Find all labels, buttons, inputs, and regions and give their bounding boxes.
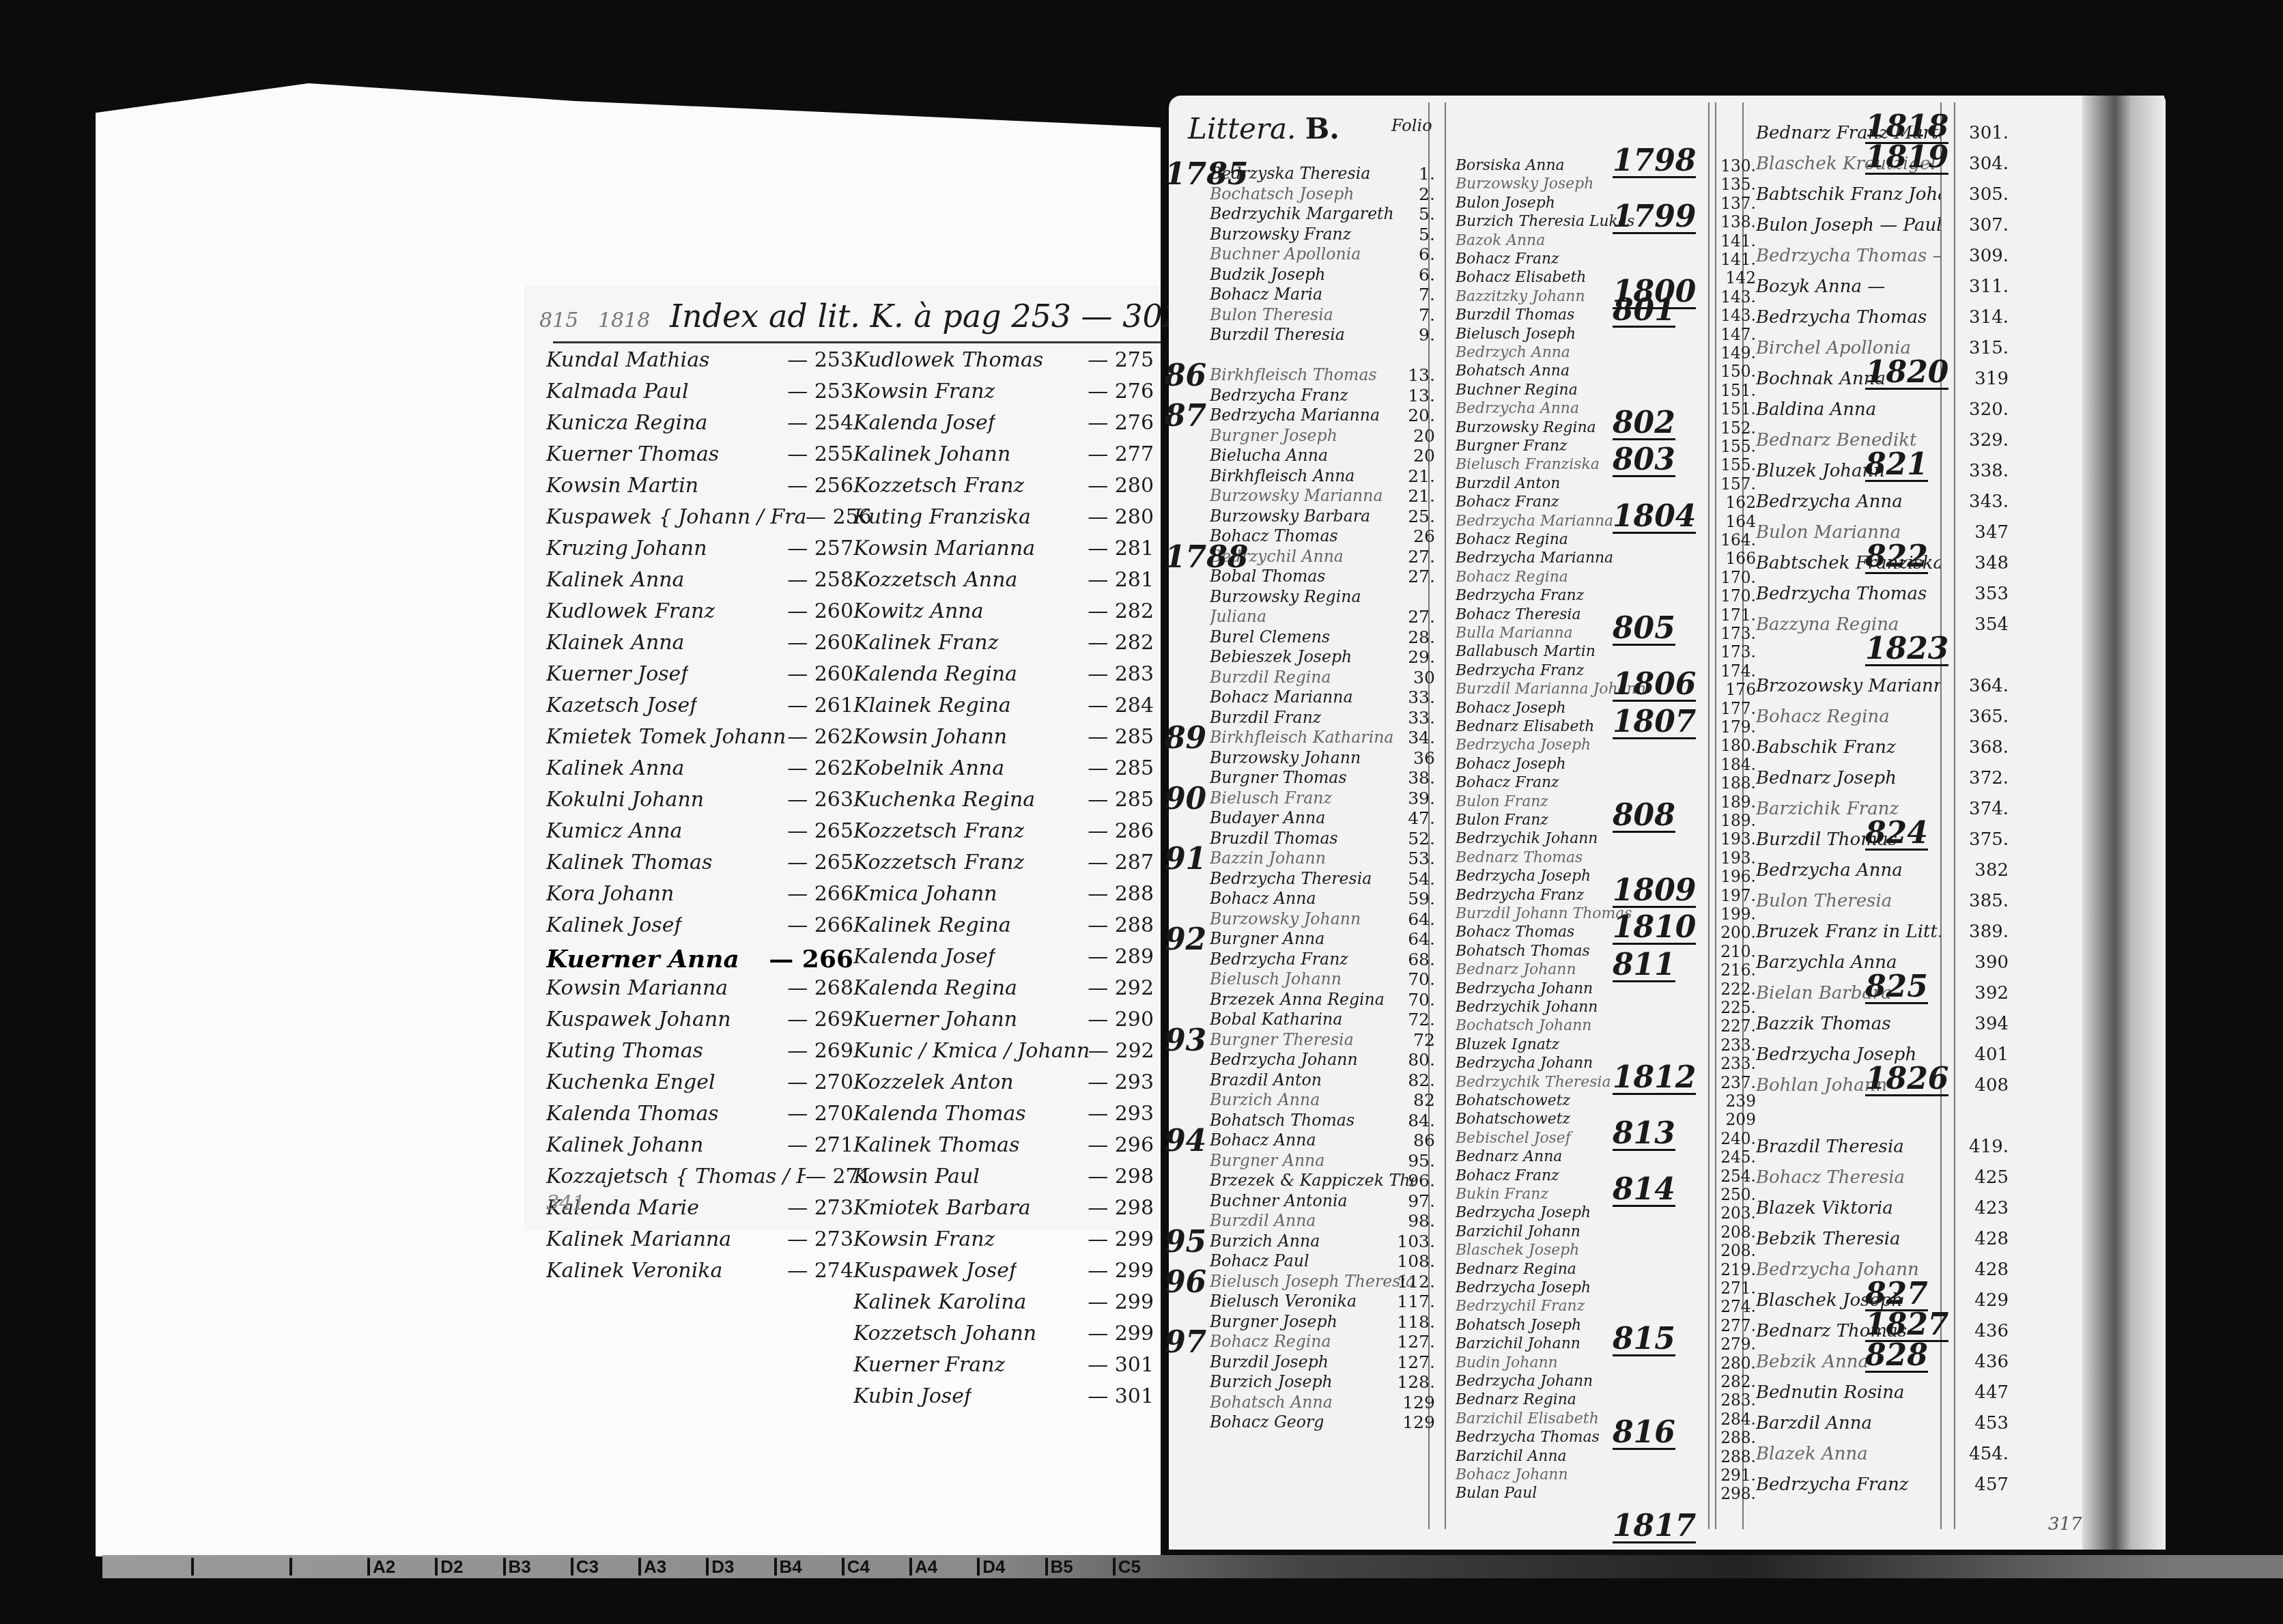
register-entry-folio: 149.: [1715, 344, 1756, 362]
year-marker: 803: [1613, 445, 1675, 477]
register-entry-name: Bednutin Rosina: [1756, 1382, 1940, 1403]
entry-page: — 284: [1088, 694, 1154, 717]
register-entry-folio: 288.: [1715, 1448, 1756, 1466]
register-entry-folio: 320.: [1954, 399, 2009, 420]
register-entry-folio: 118.: [1394, 1312, 1435, 1332]
index-entry: Kozzetsch Franz— 287: [853, 851, 1154, 882]
entry-name: Kowsin Franz: [853, 380, 995, 403]
index-entry: Kalinek Johann— 271: [546, 1133, 853, 1165]
entry-page: — 265: [787, 819, 853, 843]
index-entry: Kuchenka Engel— 270: [546, 1070, 853, 1102]
register-entry-folio: 170.: [1715, 587, 1756, 606]
register-entry-folio: 189.: [1715, 812, 1756, 830]
register-entry-folio: 180.: [1715, 737, 1756, 755]
entry-name: Kmietek Tomek Johann: [546, 725, 786, 749]
register-entry-folio: 170.: [1715, 569, 1756, 587]
register-entry-folio: 254.: [1715, 1167, 1756, 1186]
register-entry-folio: 394: [1954, 1014, 2009, 1034]
entry-page: — 299: [1088, 1259, 1154, 1283]
index-entry: Kubin Josef— 301: [853, 1384, 1154, 1416]
year-marker: 1809: [1613, 876, 1696, 908]
register-entry-folio: 447: [1954, 1382, 2009, 1403]
register-entry-folio: 59.: [1394, 889, 1435, 909]
register-entry-folio: 70.: [1394, 969, 1435, 989]
register-entry-folio: 188.: [1715, 774, 1756, 793]
year-marker: 805: [1613, 614, 1675, 646]
register-entry-folio: 82: [1394, 1090, 1435, 1110]
column-divider: [1445, 102, 1446, 1529]
register-entry-folio: 177.: [1715, 700, 1756, 718]
entry-name: Klainek Anna: [546, 631, 684, 655]
entry-page: — 261: [787, 694, 853, 717]
register-entry-name: Bohacz Franz: [1456, 774, 1688, 791]
entry-name: Kuspawek Josef: [853, 1259, 1017, 1283]
index-entry: Kalinek Josef— 266: [546, 913, 853, 945]
entry-page: — 274: [787, 1259, 853, 1283]
register-entry-name: Bedrzychik Johann: [1456, 999, 1688, 1016]
register-entry-folio: 28.: [1394, 627, 1435, 647]
register-entry-name: Burgner Joseph: [1210, 426, 1415, 445]
year-marker: 1810: [1613, 913, 1696, 945]
register-entry-folio: 368.: [1954, 737, 2009, 758]
index-entry: Kuerner Anna— 266: [546, 945, 853, 976]
page-title: Littera. B.: [1188, 112, 1339, 145]
year-marker: 828: [1865, 1341, 1928, 1373]
register-entry-name: Bielusch Joseph Theresia: [1210, 1272, 1415, 1291]
register-entry-name: Burzich Anna: [1210, 1231, 1415, 1251]
entry-page: — 269: [787, 1039, 853, 1063]
entry-name: Kuerner Thomas: [546, 442, 719, 466]
register-entry-folio: 27.: [1394, 567, 1435, 586]
entry-page: — 285: [1088, 788, 1154, 812]
index-entry: Kozzetsch Franz— 280: [853, 474, 1154, 505]
color-target-strip: A2D2B3C3A3D3B4C4A4D4B5C5: [102, 1555, 2283, 1578]
register-entry-name: Burzowsky Marianna: [1210, 486, 1415, 505]
index-slip: 815 1818 Index ad lit. K. à pag 253 — 30…: [526, 287, 1161, 1229]
year-marker: 825: [1865, 972, 1928, 1004]
register-entry-folio: 25.: [1394, 507, 1435, 526]
register-entry-folio: 208.: [1715, 1223, 1756, 1242]
year-marker: 1798: [1613, 146, 1696, 178]
entry-page: — 282: [1088, 599, 1154, 623]
register-entry-name: Babtschik Franz Johann: [1756, 184, 1940, 205]
year-marker: 1806: [1613, 670, 1696, 702]
year-marker: 808: [1613, 801, 1675, 833]
index-entry: Kudlowek Franz— 260: [546, 599, 853, 631]
register-entry-folio: 5.: [1394, 225, 1435, 244]
strip-tick: [191, 1558, 194, 1576]
entry-name: Kuting Thomas: [546, 1039, 703, 1063]
register-entry-folio: 222.: [1715, 980, 1756, 999]
entry-page: — 293: [1088, 1070, 1154, 1094]
register-entry-folio: 436: [1954, 1352, 2009, 1372]
index-entry: Kokulni Johann— 263: [546, 788, 853, 819]
register-entry-name: Bedrzycha Johann: [1456, 1373, 1688, 1390]
index-entry: Kmica Johann— 288: [853, 882, 1154, 913]
entry-name: Kozzetsch Johann: [853, 1322, 1036, 1345]
entry-name: Kozzetsch Anna: [853, 568, 1017, 592]
register-entry-folio: 27.: [1394, 607, 1435, 627]
register-entry-folio: 189.: [1715, 793, 1756, 812]
year-marker: 1823: [1865, 634, 1948, 666]
register-entry-folio: 279.: [1715, 1335, 1756, 1354]
entry-page: — 280: [1088, 505, 1154, 529]
register-entry-folio: 301.: [1954, 123, 2009, 143]
year-marker: 813: [1613, 1119, 1675, 1151]
register-entry-folio: 176: [1715, 681, 1756, 699]
register-entry-folio: 53.: [1394, 849, 1435, 868]
register-entry-folio: 33.: [1394, 687, 1435, 707]
register-entry-name: Bednarz Regina: [1456, 1391, 1688, 1408]
index-entry: Kozzelek Anton— 293: [853, 1070, 1154, 1102]
entry-page: — 271: [787, 1133, 853, 1157]
register-entry-folio: 142: [1715, 269, 1756, 287]
index-entry: Kuspawek Josef— 299: [853, 1259, 1154, 1290]
register-entry-folio: 129: [1394, 1412, 1435, 1432]
register-entry-folio: 70.: [1394, 990, 1435, 1010]
register-entry-folio: 428: [1954, 1229, 2009, 1249]
register-entry-name: Budayer Anna: [1210, 808, 1415, 827]
register-entry-folio: 354: [1954, 614, 2009, 635]
index-entry: Kalenda Regina— 283: [853, 662, 1154, 694]
register-entry-folio: 117.: [1394, 1292, 1435, 1311]
register-entry-name: Bedrzycha Franz: [1210, 950, 1415, 969]
year-marker: 815: [1613, 1324, 1675, 1356]
register-entry-name: Burzdil Theresia: [1210, 325, 1415, 344]
entry-name: Kuerner Johann: [853, 1008, 1017, 1031]
register-entry-name: Bulon Theresia: [1210, 305, 1415, 324]
entry-name: Kuchenka Engel: [546, 1070, 715, 1094]
register-entry-folio: 20.: [1394, 405, 1435, 425]
register-entry-folio: 419.: [1954, 1137, 2009, 1157]
register-entry-folio: 453: [1954, 1413, 2009, 1434]
entry-page: — 271: [806, 1165, 853, 1188]
register-entry-name: Ballabusch Martin: [1456, 643, 1688, 660]
register-entry-name: Bedrzycha Franz: [1756, 1475, 1940, 1495]
register-entry-name: Budzik Joseph: [1210, 265, 1415, 284]
entry-name: Kozzelek Anton: [853, 1070, 1014, 1094]
entry-page: — 290: [1088, 1008, 1154, 1031]
entry-name: Kumicz Anna: [546, 819, 682, 843]
register-entry-folio: 30: [1394, 668, 1435, 687]
register-entry-folio: 86: [1394, 1130, 1435, 1150]
register-entry-folio: 157.: [1715, 475, 1756, 494]
register-entry-name: Bohacz Joseph: [1456, 756, 1688, 773]
register-entry-name: Bedrzycha Joseph: [1456, 1279, 1688, 1296]
entry-name: Kowsin Marianna: [853, 537, 1035, 560]
entry-page: — 287: [1088, 851, 1154, 874]
register-entry-folio: 372.: [1954, 768, 2009, 788]
register-entry-name: Brzezek & Kappiczek Thomas: [1210, 1171, 1415, 1190]
index-entry: Kowsin Johann— 285: [853, 725, 1154, 756]
register-entry-folio: 454.: [1954, 1444, 2009, 1464]
register-entry-folio: 1.: [1394, 164, 1435, 184]
register-entry-folio: 137.: [1715, 195, 1756, 213]
register-entry-folio: 143.: [1715, 307, 1756, 325]
entry-name: Kokulni Johann: [546, 788, 704, 812]
register-entry-name: Bednarz Anna: [1456, 1148, 1688, 1165]
register-entry-name: Burzowsky Johann: [1210, 748, 1415, 767]
index-entry: Kmietek Tomek Johann— 262: [546, 725, 853, 756]
register-entry-name: Bedrzycha Joseph: [1456, 737, 1688, 754]
register-entry-folio: 288.: [1715, 1429, 1756, 1447]
index-entry: Kalinek Karolina— 299: [853, 1290, 1154, 1322]
index-entry: Kazetsch Josef— 261: [546, 694, 853, 725]
index-entry: Kundal Mathias— 253: [546, 348, 853, 380]
register-entry-folio: 164.: [1715, 531, 1756, 550]
year-marker: 1804: [1613, 502, 1696, 534]
register-entry-folio: 7.: [1394, 305, 1435, 325]
register-entry-folio: 95.: [1394, 1151, 1435, 1171]
entry-page: — 262: [787, 725, 853, 749]
index-entry: Kozzetsch Anna— 281: [853, 568, 1154, 599]
register-entry-folio: 291.: [1715, 1466, 1756, 1485]
register-entry-folio: 365.: [1954, 707, 2009, 727]
register-entry-folio: 152.: [1715, 419, 1756, 438]
index-entry: Kalinek Thomas— 296: [853, 1133, 1154, 1165]
register-entry-name: Bielusch Veronika: [1210, 1292, 1415, 1311]
register-entry-name: Brazdil Theresia: [1756, 1137, 1940, 1157]
register-entry-name: Brzezek Anna Regina: [1210, 990, 1415, 1009]
register-entry-folio: 108.: [1394, 1251, 1435, 1271]
register-entry-name: Bedrzycha Anna: [1756, 492, 1940, 512]
register-entry-folio: 26: [1394, 526, 1435, 546]
register-entry-name: Bednarz Joseph: [1756, 768, 1940, 788]
entry-page: — 270: [787, 1070, 853, 1094]
register-entry-folio: 429: [1954, 1290, 2009, 1311]
register-entry-folio: 128.: [1394, 1372, 1435, 1392]
register-entry-folio: 141.: [1715, 251, 1756, 269]
register-entry-folio: 347: [1954, 522, 2009, 543]
register-entry-folio: 200.: [1715, 924, 1756, 942]
register-entry-folio: 127.: [1394, 1352, 1435, 1372]
register-entry-name: Bohacz Johann: [1456, 1466, 1688, 1483]
entry-page: — 286: [1088, 819, 1154, 843]
index-entry: Kuchenka Regina— 285: [853, 788, 1154, 819]
entry-page: — 265: [787, 851, 853, 874]
entry-page: — 254: [787, 411, 853, 435]
register-entry-folio: 127.: [1394, 1332, 1435, 1352]
register-entry-name: Burzdil Regina: [1210, 668, 1415, 687]
register-entry-name: Bazzin Johann: [1210, 849, 1415, 868]
register-entry-name: Burzdil Franz: [1210, 708, 1415, 727]
register-entry-folio: 282.: [1715, 1373, 1756, 1391]
register-entry-folio: 130.: [1715, 157, 1756, 175]
register-entry-folio: 155.: [1715, 456, 1756, 474]
register-entry-name: Burzowsky Barbara: [1210, 507, 1415, 526]
register-entry-folio: 309.: [1954, 246, 2009, 266]
register-entry-name: Burzowsky Johann: [1210, 909, 1415, 928]
entry-name: Kowsin Johann: [853, 725, 1007, 749]
index-entry: Kowsin Paul— 298: [853, 1165, 1154, 1196]
entry-page: — 260: [787, 599, 853, 623]
year-marker: 1819: [1865, 143, 1948, 175]
entry-name: Kruzing Johann: [546, 537, 707, 560]
index-entry: Kora Johann— 266: [546, 882, 853, 913]
entry-name: Kalenda Thomas: [546, 1102, 719, 1126]
entry-name: Klainek Regina: [853, 694, 1011, 717]
register-entry-name: Barzichil Johann: [1456, 1223, 1688, 1240]
entry-name: Kuerner Anna: [546, 945, 739, 973]
register-entry-name: Bohacz Anna: [1210, 889, 1415, 908]
entry-name: Kalinek Karolina: [853, 1290, 1026, 1314]
entry-page: — 253: [787, 348, 853, 372]
register-entry-name: Bedrzychik Johann: [1456, 830, 1688, 847]
entry-page: — 299: [1088, 1290, 1154, 1314]
index-entry: Kruzing Johann— 257: [546, 537, 853, 568]
entry-name: Kalinek Johann: [853, 442, 1010, 466]
register-entry-name: Bruzdil Thomas: [1210, 829, 1415, 848]
register-entry-folio: 68.: [1394, 950, 1435, 969]
register-entry-name: Bedrzycha Johann: [1456, 980, 1688, 997]
register-entry-folio: 196.: [1715, 868, 1756, 886]
strip-patches: A2D2B3C3A3D3B4C4A4D4B5C5: [367, 1558, 1180, 1576]
register-entry-name: Bedrzycha Thomas: [1756, 307, 1940, 328]
entry-name: Kowsin Marianna: [546, 976, 728, 1000]
index-entry: Kowsin Franz— 299: [853, 1227, 1154, 1259]
entry-page: — 263: [787, 788, 853, 812]
index-entry: Kalinek Franz— 282: [853, 631, 1154, 662]
entry-page: — 299: [1088, 1322, 1154, 1345]
register-entry-folio: 436: [1954, 1321, 2009, 1341]
register-entry-name: Budin Johann: [1456, 1354, 1688, 1371]
register-entry-folio: 141.: [1715, 232, 1756, 251]
register-entry-name: Bedrzycha Franz: [1456, 587, 1688, 604]
index-entry: Kozzajetsch { Thomas / Franz } Zwill— 27…: [546, 1165, 853, 1196]
margin-year: 96: [1165, 1265, 1206, 1300]
register-entry-name: Bohacz Maria: [1210, 285, 1415, 304]
entry-name: Kozzetsch Franz: [853, 819, 1024, 843]
register-entry-name: Burel Clemens: [1210, 627, 1415, 646]
register-entry-folio: 184.: [1715, 756, 1756, 774]
index-entry: Kalinek Regina— 288: [853, 913, 1154, 945]
entry-page: — 285: [1088, 725, 1154, 749]
register-entry-folio: 98.: [1394, 1211, 1435, 1231]
register-entry-name: Bedrzycha Marianna: [1210, 405, 1415, 425]
register-entry-name: Bohacz Marianna: [1210, 687, 1415, 707]
register-entry-name: Bohatschowetz: [1456, 1092, 1688, 1109]
entry-page: — 260: [787, 631, 853, 655]
register-entry-folio: 208.: [1715, 1242, 1756, 1260]
register-entry-name: Juliana: [1210, 607, 1415, 626]
entry-name: Kuerner Josef: [546, 662, 688, 686]
register-entry-folio: 64.: [1394, 929, 1435, 949]
entry-name: Kozzajetsch { Thomas / Franz } Zwill: [546, 1165, 806, 1188]
margin-year: 89: [1165, 721, 1206, 756]
entry-page: — 293: [1088, 1102, 1154, 1126]
slip-footer-note: 341: [546, 1191, 585, 1215]
entry-page: — 275: [1088, 348, 1154, 372]
register-entry-folio: 193.: [1715, 849, 1756, 868]
year-marker: 1812: [1613, 1063, 1696, 1095]
register-entry-name: Bohacz Georg: [1210, 1412, 1415, 1431]
register-entry-folio: 54.: [1394, 869, 1435, 889]
register-entry-name: Burzdil Joseph: [1210, 1352, 1415, 1371]
register-entry-folio: 162: [1715, 494, 1756, 512]
register-entry-name: Bielusch Johann: [1210, 969, 1415, 988]
year-marker: 1818: [1865, 112, 1948, 144]
register-entry-folio: 408: [1954, 1075, 2009, 1096]
color-patch-label: A3: [638, 1558, 666, 1576]
register-entry-folio: 385.: [1954, 891, 2009, 911]
register-entry-name: Burzich Anna: [1210, 1090, 1415, 1109]
year-marker: 811: [1613, 950, 1675, 982]
entry-page: — 273: [787, 1227, 853, 1251]
register-entry-folio: 209: [1715, 1111, 1756, 1129]
entry-name: Kalinek Anna: [546, 756, 684, 780]
entry-page: — 288: [1088, 913, 1154, 937]
margin-year: 1788: [1165, 540, 1248, 575]
register-entry-folio: 233.: [1715, 1055, 1756, 1073]
entry-name: Kalinek Thomas: [853, 1133, 1019, 1157]
register-entry-folio: 39.: [1394, 788, 1435, 808]
index-entry: Kunicza Regina— 254: [546, 411, 853, 442]
index-entry: Kuspawek { Johann / Franz } Zwilling— 25…: [546, 505, 853, 537]
entry-name: Kowsin Franz: [853, 1227, 995, 1251]
register-entry-name: Burzowsky Regina: [1210, 587, 1415, 606]
entry-name: Kudlowek Thomas: [853, 348, 1043, 372]
register-entry-folio: 314.: [1954, 307, 2009, 328]
register-entry-name: Bedrzych Anna: [1456, 344, 1688, 361]
entry-page: — 266: [769, 945, 853, 973]
register-entry-name: Burgner Thomas: [1210, 768, 1415, 787]
entry-name: Kuspawek Johann: [546, 1008, 731, 1031]
register-entry-folio: 20: [1394, 446, 1435, 466]
index-entry: Kalenda Josef— 276: [853, 411, 1154, 442]
register-entry-name: Burzowsky Joseph: [1456, 175, 1688, 193]
register-entry-folio: 97.: [1394, 1191, 1435, 1211]
register-entry-folio: 5.: [1394, 204, 1435, 224]
register-entry-folio: 304.: [1954, 154, 2009, 174]
index-entry: Kalinek Anna— 258: [546, 568, 853, 599]
index-entry: Kalinek Veronika— 274: [546, 1259, 853, 1290]
color-patch-label: C4: [842, 1558, 870, 1576]
register-entry-folio: 210.: [1715, 943, 1756, 961]
register-entry-name: Bednarz Regina: [1456, 1261, 1688, 1278]
register-entry-folio: 36: [1394, 748, 1435, 768]
entry-page: — 255: [787, 442, 853, 466]
register-entry-name: Bedrzycha Thomas —: [1756, 246, 1940, 266]
year-marker: 821: [1865, 450, 1928, 482]
register-entry-name: Buchner Antonia: [1210, 1191, 1415, 1210]
register-entry-folio: 7.: [1394, 285, 1435, 304]
register-entry-folio: 283.: [1715, 1391, 1756, 1410]
index-entry: Kalinek Johann— 277: [853, 442, 1154, 474]
register-entry-folio: 315.: [1954, 338, 2009, 358]
index-entry: Kuerner Franz— 301: [853, 1353, 1154, 1384]
register-entry-folio: 174.: [1715, 662, 1756, 681]
register-entry-name: Bazok Anna: [1456, 232, 1688, 249]
register-entry-name: Bedrzycha Marianna: [1456, 550, 1688, 567]
index-entry: Kozzetsch Franz— 286: [853, 819, 1154, 851]
register-entry-name: Bedrzycha Franz: [1210, 386, 1415, 405]
register-entry-folio: 239: [1715, 1092, 1756, 1111]
margin-year: 93: [1165, 1023, 1206, 1058]
color-patch-label: B5: [1045, 1558, 1073, 1576]
register-entry-name: Bohacz Paul: [1210, 1251, 1415, 1270]
register-entry-name: Bednarz Thomas: [1456, 849, 1688, 866]
entry-page: — 266: [787, 882, 853, 906]
register-entry-folio: 382: [1954, 860, 2009, 881]
corner-note: 815: [539, 309, 578, 332]
index-entry: Kuting Franziska— 280: [853, 505, 1154, 537]
register-entry-folio: 64.: [1394, 909, 1435, 929]
register-entry-name: Bohacz Regina: [1210, 1332, 1415, 1351]
register-entry-folio: 240.: [1715, 1130, 1756, 1148]
index-entry: Kalinek Anna— 262: [546, 756, 853, 788]
index-entry: Klainek Regina— 284: [853, 694, 1154, 725]
register-entry-folio: 389.: [1954, 922, 2009, 942]
